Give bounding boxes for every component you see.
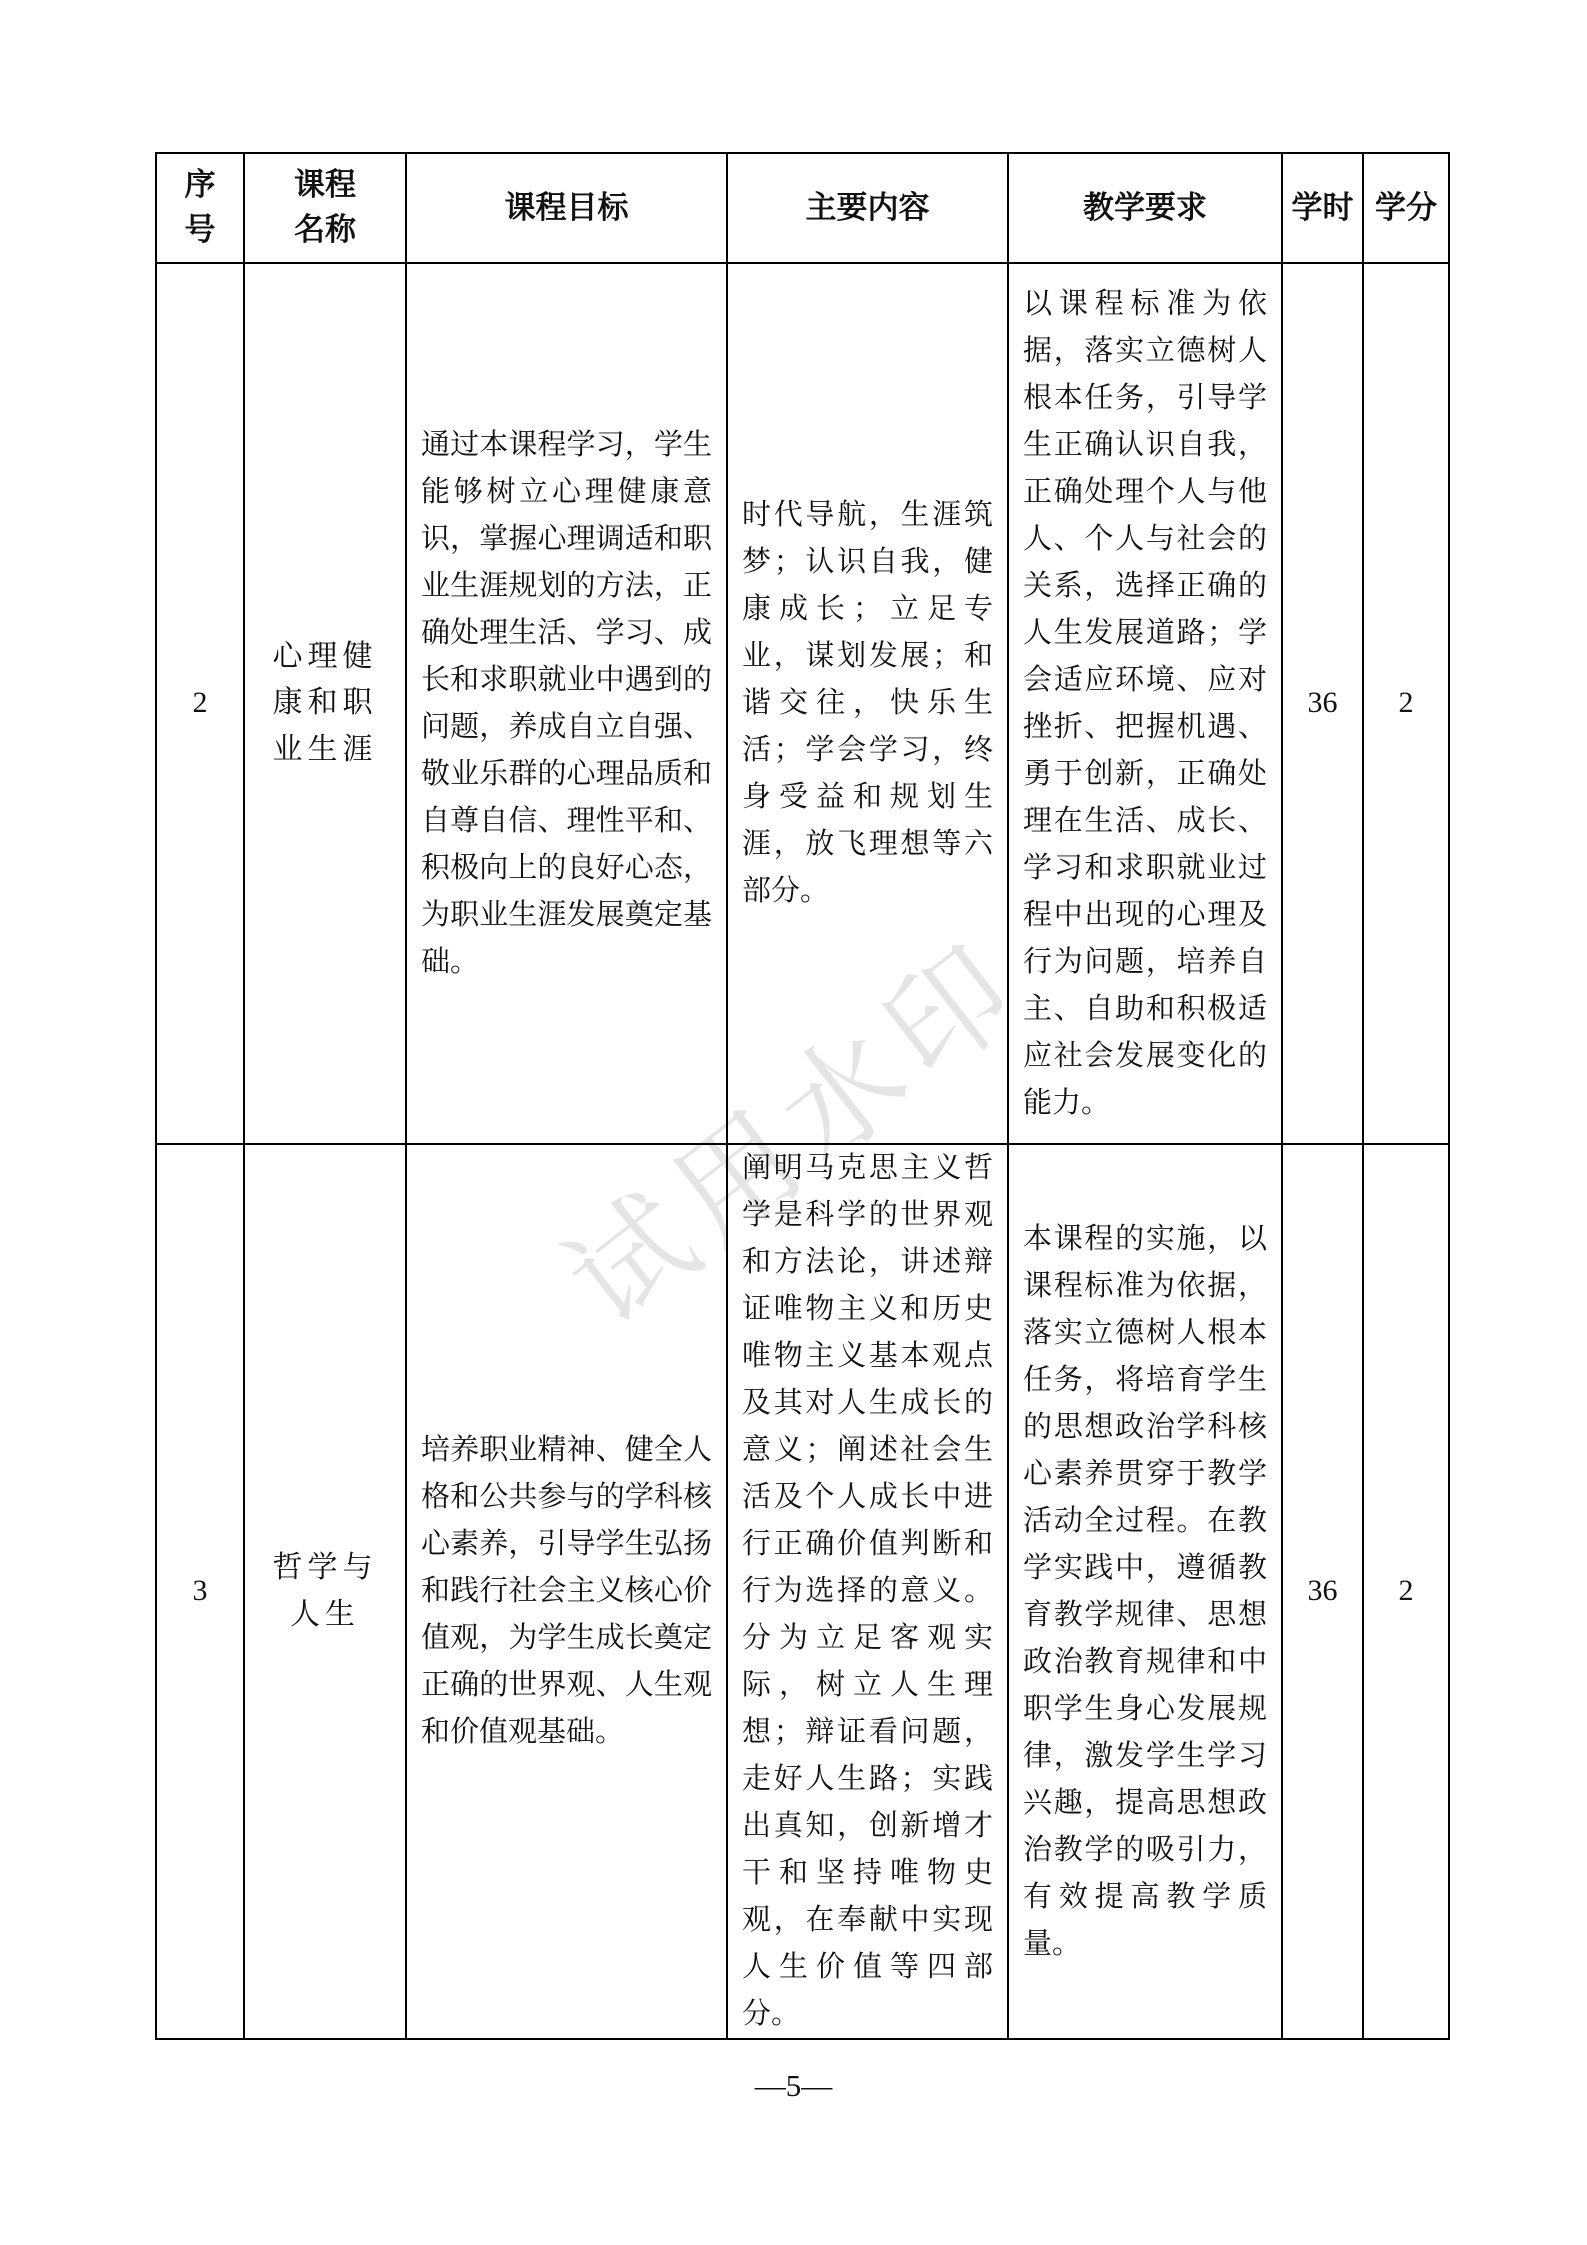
col-header-course-name: 课程 名称 <box>244 153 406 263</box>
col-header-number: 序 号 <box>156 153 244 263</box>
cell-main-content: 阐明马克思主义哲学是科学的世界观和方法论，讲述辩证唯物主义和历史唯物主义基本观点… <box>727 1144 1008 2039</box>
cell-course-name: 心理健康和职业生涯 <box>244 263 406 1144</box>
col-header-credits: 学分 <box>1363 153 1449 263</box>
course-name-text: 心理健康和职业生涯 <box>269 634 381 774</box>
cell-credits: 2 <box>1363 1144 1449 2039</box>
cell-objectives: 培养职业精神、健全人格和公共参与的学科核心素养，引导学生弘扬和践行社会主义核心价… <box>406 1144 727 2039</box>
course-name-text: 哲学与人生 <box>269 1545 381 1638</box>
col-header-hours: 学时 <box>1282 153 1363 263</box>
table-header-row: 序 号 课程 名称 课程目标 主要内容 教学要求 学时 学分 <box>156 153 1449 263</box>
cell-hours: 36 <box>1282 1144 1363 2039</box>
col-header-teaching-requirements: 教学要求 <box>1008 153 1282 263</box>
cell-credits: 2 <box>1363 263 1449 1144</box>
cell-hours: 36 <box>1282 263 1363 1144</box>
cell-teaching-requirements: 以课程标准为依据，落实立德树人根本任务，引导学生正确认识自我，正确处理个人与他人… <box>1008 263 1282 1144</box>
cell-main-content: 时代导航，生涯筑梦；认识自我，健康成长；立足专业，谋划发展；和谐交往，快乐生活；… <box>727 263 1008 1144</box>
course-plan-table: 序 号 课程 名称 课程目标 主要内容 教学要求 学时 学分 2 心理健康和职业… <box>155 152 1450 2040</box>
page-number: —5— <box>0 2068 1587 2104</box>
col-header-main-content: 主要内容 <box>727 153 1008 263</box>
cell-course-name: 哲学与人生 <box>244 1144 406 2039</box>
col-header-objectives: 课程目标 <box>406 153 727 263</box>
table-row-course-2: 2 心理健康和职业生涯 通过本课程学习，学生能够树立心理健康意识，掌握心理调适和… <box>156 263 1449 1144</box>
table-row-course-3: 3 哲学与人生 培养职业精神、健全人格和公共参与的学科核心素养，引导学生弘扬和践… <box>156 1144 1449 2039</box>
cell-number: 3 <box>156 1144 244 2039</box>
cell-teaching-requirements: 本课程的实施，以课程标准为依据，落实立德树人根本任务，将培育学生的思想政治学科核… <box>1008 1144 1282 2039</box>
cell-objectives: 通过本课程学习，学生能够树立心理健康意识，掌握心理调适和职业生涯规划的方法，正确… <box>406 263 727 1144</box>
cell-number: 2 <box>156 263 244 1144</box>
